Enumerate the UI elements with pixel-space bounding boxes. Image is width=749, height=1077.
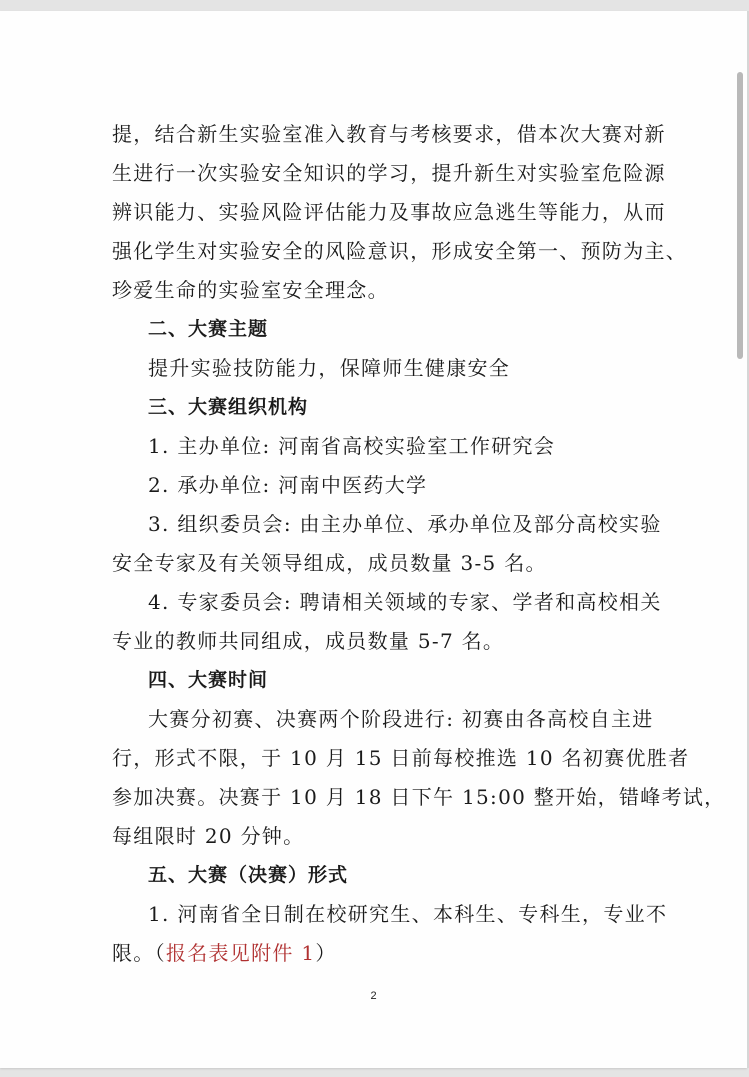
- section-2-heading: 二、大赛主题: [112, 310, 636, 349]
- section-5-prefix: 限。（: [112, 941, 166, 965]
- section-5-heading: 五、大赛（决赛）形式: [112, 856, 636, 895]
- section-3-item-1: 1. 主办单位: 河南省高校实验室工作研究会: [112, 427, 636, 466]
- intro-line-1: 提，结合新生实验室准入教育与考核要求，借本次大赛对新: [112, 115, 636, 154]
- section-3-item-4-line-1: 4. 专家委员会: 聘请相关领域的专家、学者和高校相关: [112, 583, 636, 622]
- section-3-item-3-line-1: 3. 组织委员会: 由主办单位、承办单位及部分高校实验: [112, 505, 636, 544]
- section-3-item-4-line-2: 专业的教师共同组成，成员数量 5-7 名。: [112, 622, 636, 661]
- section-3-item-3-line-2: 安全专家及有关领导组成，成员数量 3-5 名。: [112, 544, 636, 583]
- section-4-heading: 四、大赛时间: [112, 661, 636, 700]
- section-4-line-1: 大赛分初赛、决赛两个阶段进行: 初赛由各高校自主进: [112, 700, 636, 739]
- section-2-body: 提升实验技防能力，保障师生健康安全: [112, 349, 636, 388]
- section-3-heading: 三、大赛组织机构: [112, 388, 636, 427]
- section-5-item-1-line-2: 限。（报名表见附件 1）: [112, 934, 636, 973]
- scrollbar-thumb[interactable]: [737, 72, 743, 359]
- document-content: 提，结合新生实验室准入教育与考核要求，借本次大赛对新 生进行一次实验安全知识的学…: [112, 115, 636, 973]
- section-5-item-1-line-1: 1. 河南省全日制在校研究生、本科生、专科生，专业不: [112, 895, 636, 934]
- section-4-line-4: 每组限时 20 分钟。: [112, 817, 636, 856]
- section-3-item-2: 2. 承办单位: 河南中医药大学: [112, 466, 636, 505]
- intro-line-2: 生进行一次实验安全知识的学习，提升新生对实验室危险源: [112, 154, 636, 193]
- section-4-line-2: 行，形式不限，于 10 月 15 日前每校推选 10 名初赛优胜者: [112, 739, 636, 778]
- intro-line-3: 辨识能力、实验风险评估能力及事故应急逃生等能力，从而: [112, 193, 636, 232]
- document-page: 提，结合新生实验室准入教育与考核要求，借本次大赛对新 生进行一次实验安全知识的学…: [0, 11, 747, 1068]
- page-number: 2: [0, 990, 747, 1002]
- intro-line-5: 珍爱生命的实验室安全理念。: [112, 271, 636, 310]
- section-4-line-3: 参加决赛。决赛于 10 月 18 日下午 15:00 整开始，错峰考试，: [112, 778, 636, 817]
- section-5-suffix: ）: [315, 941, 336, 965]
- intro-line-4: 强化学生对实验安全的风险意识，形成安全第一、预防为主、: [112, 232, 636, 271]
- attachment-reference: 报名表见附件 1: [166, 941, 315, 965]
